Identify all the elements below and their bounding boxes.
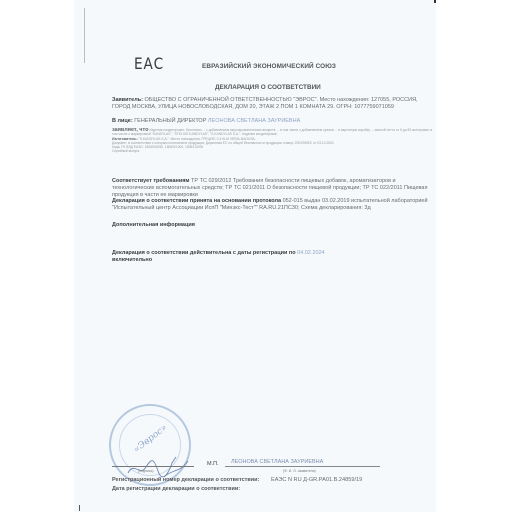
stamp-text: «Эврос»	[132, 423, 169, 455]
scan-artifact	[79, 505, 80, 511]
complies-section: Соответствует требованиям ТР ТС 029/2012…	[112, 178, 437, 200]
registration-number-label: Регистрационный номер декларации о соотв…	[112, 477, 259, 483]
union-heading: ЕВРАЗИЙСКИЙ ЭКОНОМИЧЕСКИЙ СОЮЗ	[202, 63, 382, 70]
person-position: ГЕНЕРАЛЬНЫЙ ДИРЕКТОР	[134, 118, 206, 124]
validity-date: 04.02.2024	[297, 250, 325, 256]
signer-name: ЛЕОНОВА СВЕТЛАНА ЗАУРИЕВНА	[231, 459, 323, 465]
production-type: Серийный выпуск	[112, 149, 139, 153]
document-title: ДЕКЛАРАЦИЯ О СООТВЕТСТВИИ	[215, 84, 321, 91]
registration-date-label: Дата регистрации декларации о соответств…	[112, 486, 240, 492]
applicant-section: Заявитель: ОБЩЕСТВО С ОГРАНИЧЕННОЙ ОТВЕТ…	[112, 97, 437, 111]
applicant-label: Заявитель:	[112, 97, 143, 103]
person-label: В лице:	[112, 118, 133, 124]
signer-name-caption: (Ф. И. О. заявителя)	[283, 469, 316, 473]
protocol-section: Декларация о соответствии принята на осн…	[112, 198, 437, 212]
eac-logo: ЕАС	[134, 54, 164, 73]
extra-info-section: Дополнительная информация	[112, 222, 437, 229]
person-name: ЛЕОНОВА СВЕТЛАНА ЗАУРИЕВНА	[208, 118, 300, 124]
page-edge	[84, 8, 85, 63]
signature-caption: (подпись)	[138, 469, 154, 473]
signer-name-line	[225, 466, 380, 467]
registration-number: ЕАЭС N RU Д-GR.PA01.B.24859/19	[271, 477, 362, 483]
scan-artifact	[434, 0, 436, 3]
protocol-label: Декларация о соответствии принята на осн…	[112, 198, 281, 204]
person-section: В лице: ГЕНЕРАЛЬНЫЙ ДИРЕКТОР ЛЕОНОВА СВЕ…	[112, 118, 437, 125]
extra-info-label: Дополнительная информация	[112, 222, 195, 228]
declares-section: заявляет, что Изделия кондитерские: бато…	[112, 128, 437, 154]
validity-label: Декларация о соответствии действительна …	[112, 250, 296, 256]
complies-label: Соответствует требованиям	[112, 178, 190, 184]
applicant-text: ОБЩЕСТВО С ОГРАНИЧЕННОЙ ОТВЕТСТВЕННОСТЬЮ…	[112, 97, 418, 110]
seal-place-label: М.П.	[207, 461, 219, 467]
validity-suffix: включительно	[112, 257, 152, 263]
validity-section: Декларация о соответствии действительна …	[112, 250, 437, 264]
signature-line	[112, 466, 194, 467]
product-description: Изделия кондитерские: батончики ... с до…	[112, 128, 432, 136]
